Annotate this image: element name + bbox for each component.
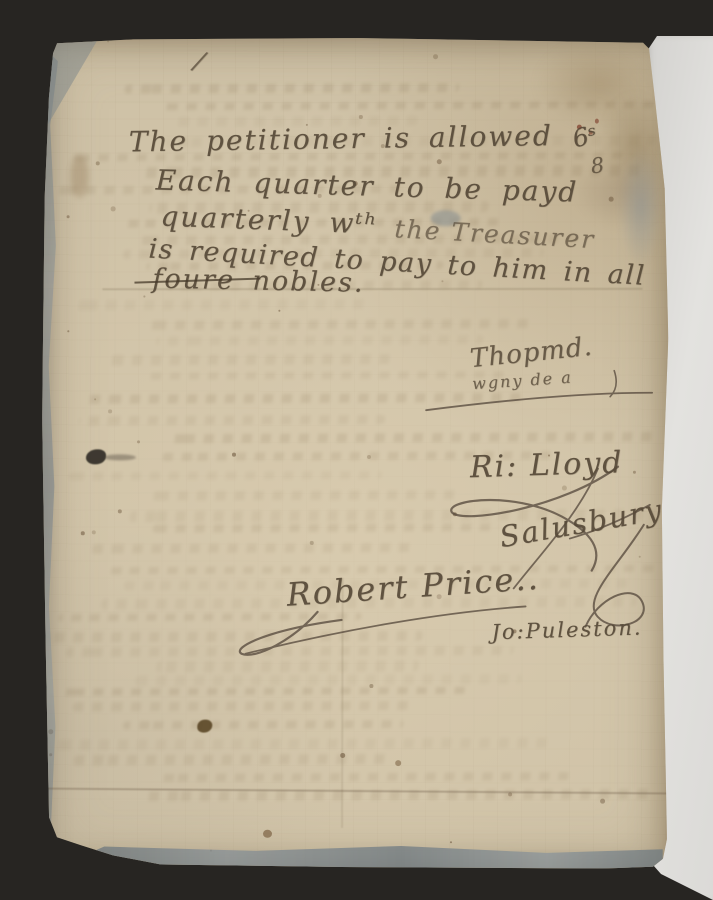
paper-speckle [369,684,373,688]
bleed-through-line [91,543,417,554]
paper-speckle [278,310,280,312]
paper-speckle [450,841,452,843]
paper-speckle [48,729,53,734]
paper-speckle [609,197,614,202]
bleed-through-line [58,613,362,622]
bleed-through-line [68,471,382,481]
paper-speckle [107,40,109,42]
paper-speckle [310,541,314,545]
paper-speckle [108,409,112,413]
bleed-through-line [66,646,514,657]
bleed-through-line [123,720,404,729]
paper-speckle [340,753,345,758]
paper-speckle [92,530,96,534]
paper-speckle [508,792,512,796]
paper-speckle [96,161,100,165]
paper-speckle [67,330,69,332]
bleed-through-line [124,83,459,94]
bleed-through-line [135,674,522,685]
paper-speckle [143,295,145,297]
bleed-through-line [47,631,423,643]
bleed-through-line [157,772,571,781]
paper-speckle [232,453,236,457]
bleed-through-line [156,335,484,346]
annotation-line-1: The petitioner is allowed [129,119,553,158]
paper-speckle [111,206,116,211]
bleed-through-line [79,415,386,425]
paper-speckle [562,486,567,491]
paper-speckle [633,471,636,474]
bleed-through-line [168,432,654,443]
paper-speckle [137,440,140,443]
bleed-through-line [145,789,653,801]
bleed-through-line [159,101,655,110]
bleed-through-line [56,738,553,750]
bleed-through-line [147,371,506,380]
bleed-through-line [151,490,461,501]
paper-speckle [67,215,70,218]
bleed-through-line [152,523,500,533]
paper-speckle [210,850,212,852]
bleed-through-line [76,299,370,310]
paper-speckle [367,455,371,459]
scanned-manuscript: { "page": { "folio_mark": "/", "annotati… [0,0,713,900]
paper-speckle [600,799,605,804]
paper-speckle [433,54,438,59]
bleed-through-line [73,701,417,711]
paper-speckle [359,115,363,119]
bleed-through-line [61,687,469,696]
paper-speckle [453,512,457,516]
paper-speckle [437,159,442,164]
paper-speckle [639,556,641,558]
manuscript-page: / The petitioner is allowed 6ˢ 8 Each qu… [41,37,669,869]
signature-lloyd: Ri: Lloyd [469,445,624,485]
paper-speckle [49,753,52,756]
paper-speckle [81,531,85,535]
paper-speckle [118,509,122,513]
bleed-through-line [104,354,391,366]
paper-speckle [94,398,96,400]
bleed-through-line [146,319,531,329]
annotation-line-5: foure nobles. [152,263,365,298]
signature-puleston: Jo:Puleston. [491,615,643,644]
bleed-through-line [156,660,419,672]
bleed-through-line [82,393,522,404]
bleed-through-line [74,754,394,765]
